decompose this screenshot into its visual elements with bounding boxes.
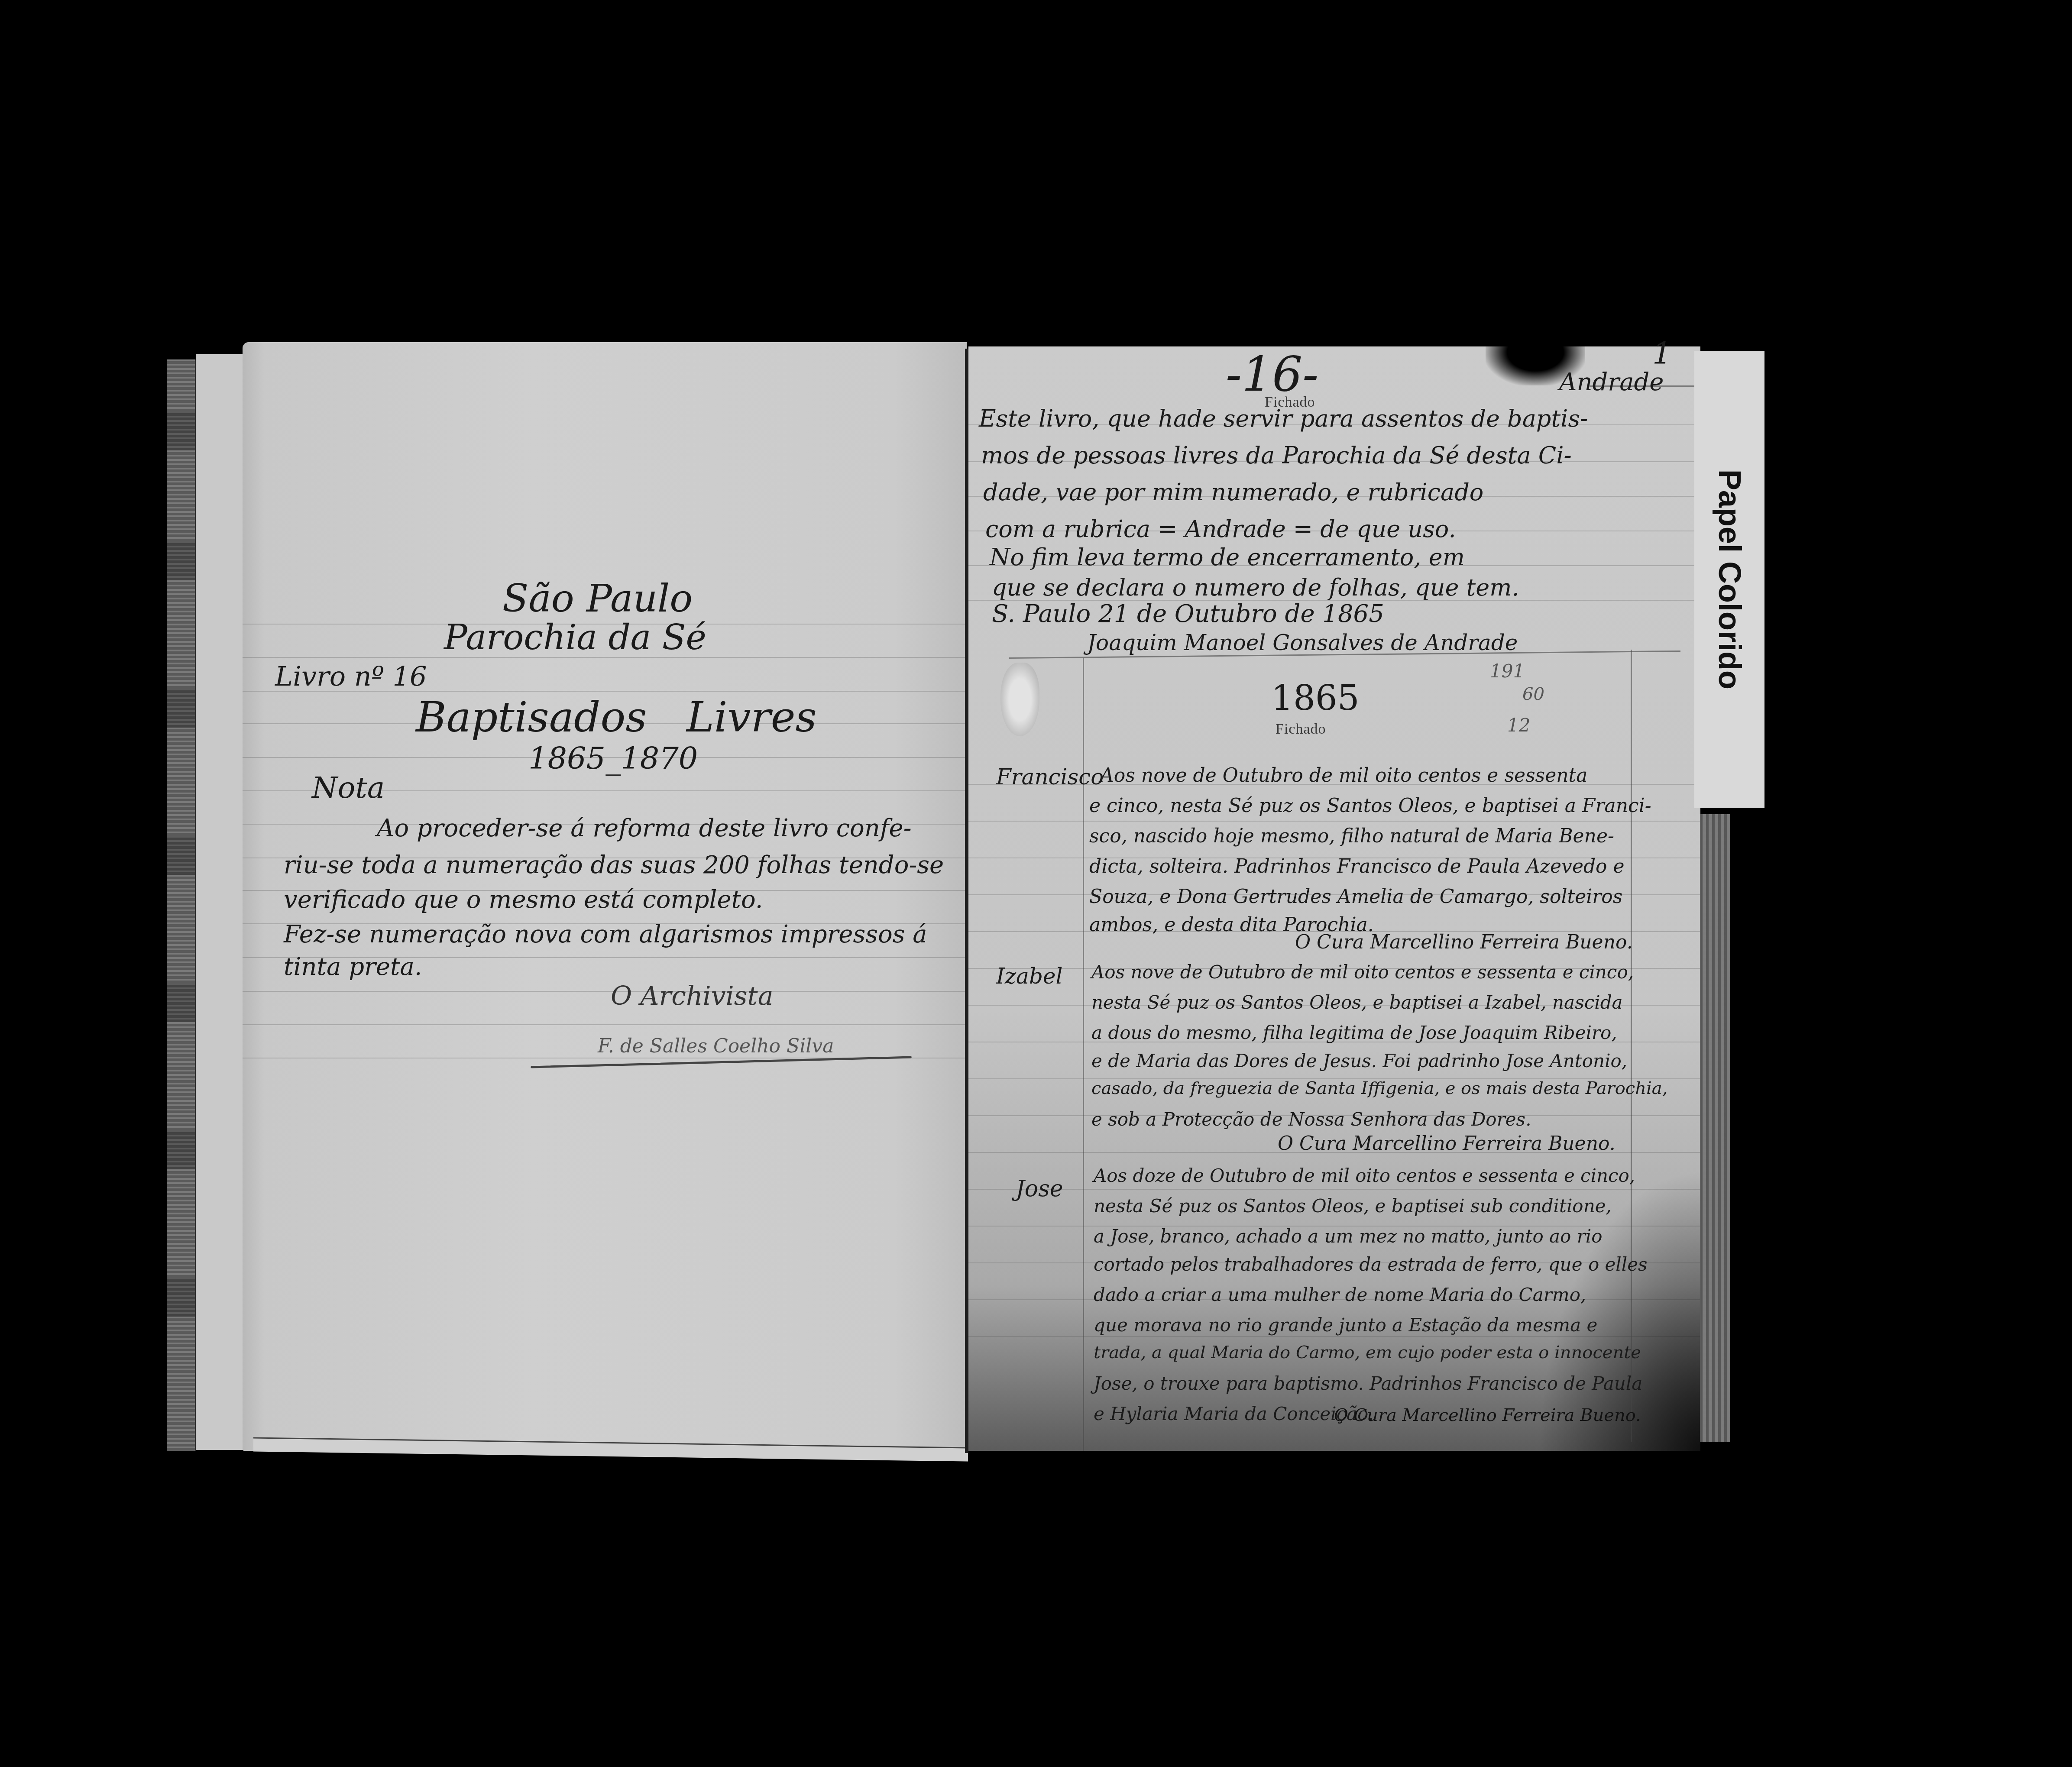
opening-line: dade, vae por mim numerado, e rubricado <box>983 479 1483 506</box>
entry-line: cortado pelos trabalhadores da estrada d… <box>1094 1254 1648 1275</box>
opening-date: S. Paulo 21 de Outubro de 1865 <box>992 600 1384 628</box>
note-line: riu-se toda a numeração das suas 200 fol… <box>284 851 944 879</box>
book-spine-binding <box>167 359 196 1451</box>
entry-line: trada, a qual Maria do Carmo, em cujo po… <box>1094 1343 1641 1362</box>
paper-type-label-text: Papel Colorido <box>1712 469 1747 689</box>
folio-number: 1 <box>1652 336 1672 371</box>
corner-rubric: Andrade <box>1559 368 1664 396</box>
entry-line: dicta, solteira. Padrinhos Francisco de … <box>1089 855 1625 877</box>
entry-line: e Hylaria Maria da Conceição. <box>1094 1403 1374 1424</box>
page-marker: -16- <box>1226 346 1318 402</box>
entry-line: e de Maria das Dores de Jesus. Foi padri… <box>1091 1050 1627 1071</box>
opening-line: No fim leva termo de encerramento, em <box>990 544 1465 571</box>
book-number: Livro nº 16 <box>275 660 427 692</box>
note-line: Ao proceder-se á reforma deste livro con… <box>377 814 912 842</box>
entry-line: nesta Sé puz os Santos Oleos, e baptisei… <box>1091 992 1623 1013</box>
signature-title: O Archivista <box>611 981 773 1011</box>
entry-line: dado a criar a uma mulher de nome Maria … <box>1094 1284 1586 1305</box>
entry-line: sco, nascido hoje mesmo, filho natural d… <box>1089 825 1614 847</box>
title-city: São Paulo <box>502 576 693 621</box>
opening-line: que se declara o numero de folhas, que t… <box>992 574 1519 601</box>
underlying-page-edge <box>196 354 245 1450</box>
right-page-stack-edges <box>1700 814 1730 1442</box>
entry-line: Aos nove de Outubro de mil oito centos e… <box>1091 961 1634 983</box>
entry-line: Aos nove de Outubro de mil oito centos e… <box>1100 764 1587 786</box>
archivist-signature: F. de Salles Coelho Silva <box>598 1035 834 1057</box>
opening-line: mos de pessoas livres da Parochia da Sé … <box>981 442 1572 469</box>
pencil-mark: 12 <box>1507 715 1530 736</box>
opening-signature: Joaquim Manoel Gonsalves de Andrade <box>1087 630 1518 655</box>
entry-margin-name: Jose <box>1016 1176 1063 1202</box>
entry-line: casado, da freguezia de Santa Iffigenia,… <box>1091 1078 1667 1098</box>
pencil-mark: 60 <box>1522 684 1544 704</box>
paper-stain <box>1000 663 1039 736</box>
entry-signature: O Cura Marcellino Ferreira Bueno. <box>1295 931 1633 953</box>
margin-rule-right <box>1631 650 1632 1442</box>
entry-line: e cinco, nesta Sé puz os Santos Oleos, e… <box>1089 795 1651 817</box>
entry-line: a Jose, branco, achado a um mez no matto… <box>1094 1226 1603 1247</box>
book-gutter <box>965 349 968 1453</box>
entry-margin-name: Izabel <box>996 964 1063 989</box>
entry-line: nesta Sé puz os Santos Oleos, e baptisei… <box>1094 1195 1612 1217</box>
note-line: tinta preta. <box>284 953 422 981</box>
fichado-stamp-heading: Fichado <box>1276 721 1326 738</box>
entry-line: a dous do mesmo, filha legitima de Jose … <box>1091 1022 1617 1043</box>
pencil-mark: 191 <box>1490 660 1525 682</box>
entry-signature: O Cura Marcellino Ferreira Bueno. <box>1278 1133 1616 1155</box>
book-title: Baptisados Livres <box>416 693 817 741</box>
entry-line: que morava no rio grande junto a Estação… <box>1094 1314 1597 1336</box>
note-line: Fez-se numeração nova com algarismos imp… <box>284 920 927 948</box>
entry-line: Souza, e Dona Gertrudes Amelia de Camarg… <box>1089 886 1622 908</box>
book-years: 1865_1870 <box>528 741 698 776</box>
entry-line: Jose, o trouxe para baptismo. Padrinhos … <box>1094 1373 1642 1394</box>
entry-signature: O Cura Marcellino Ferreira Bueno. <box>1334 1405 1641 1425</box>
entry-margin-name: Francisco <box>996 764 1104 790</box>
entry-line: Aos doze de Outubro de mil oito centos e… <box>1094 1165 1635 1186</box>
paper-type-label: Papel Colorido <box>1694 351 1764 808</box>
note-heading: Nota <box>312 771 385 805</box>
opening-line: com a rubrica = Andrade = de que uso. <box>985 515 1456 543</box>
year-heading: 1865 <box>1271 678 1360 718</box>
opening-line: Este livro, que hade servir para assento… <box>979 405 1588 432</box>
entry-line: e sob a Protecção de Nossa Senhora das D… <box>1091 1109 1531 1130</box>
title-parish: Parochia da Sé <box>444 617 706 657</box>
note-line: verificado que o mesmo está completo. <box>284 886 763 914</box>
